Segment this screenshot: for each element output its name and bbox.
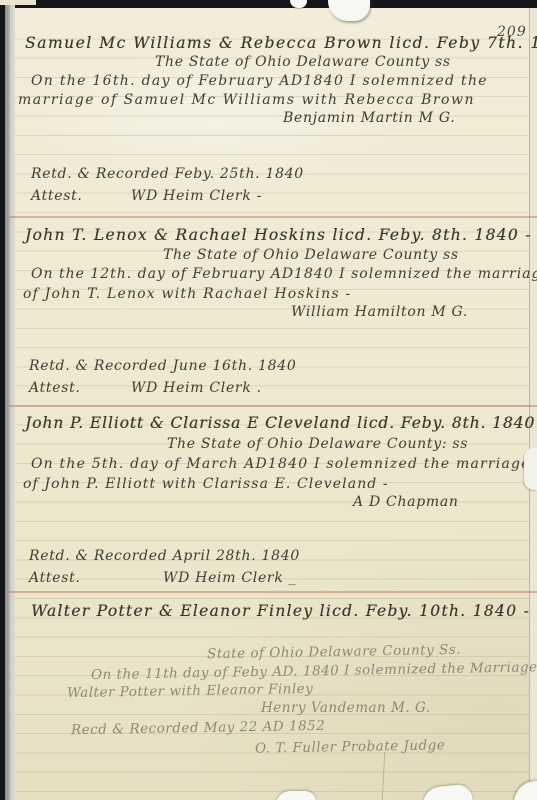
state-county-line: State of Ohio Delaware County Ss. bbox=[207, 642, 461, 662]
marriage-line-2: marriage of Samuel Mc Williams with Rebe… bbox=[18, 92, 475, 108]
entry-heading: John T. Lenox & Rachael Hoskins licd. Fe… bbox=[25, 226, 532, 244]
marriage-line-2: of John T. Lenox with Rachael Hoskins - bbox=[23, 286, 351, 302]
clerk-signature: WD Heim Clerk _ bbox=[163, 570, 296, 586]
entry-heading: Samuel Mc Williams & Rebecca Brown licd.… bbox=[25, 34, 537, 52]
marriage-line-1: On the 5th. day of March AD1840 I solemn… bbox=[31, 456, 531, 472]
clerk-signature: WD Heim Clerk . bbox=[131, 380, 262, 396]
marriage-line-1: On the 12th. day of February AD1840 I so… bbox=[31, 266, 537, 282]
red-rule-divider bbox=[9, 405, 537, 407]
marriage-line-1: On the 16th. day of February AD1840 I so… bbox=[31, 73, 488, 89]
attest-label: Attest. bbox=[31, 188, 83, 204]
page-edge-right bbox=[529, 8, 537, 800]
recorded-line: Retd. & Recorded April 28th. 1840 bbox=[29, 548, 300, 564]
red-rule-divider bbox=[9, 591, 537, 593]
page-edge-top-left bbox=[0, 0, 36, 5]
torn-chip-top-small bbox=[290, 0, 307, 8]
ledger-page: 209 Samuel Mc Williams & Rebecca Brown l… bbox=[15, 8, 537, 800]
marriage-line-1: On the 11th day of Feby AD. 1840 I solem… bbox=[91, 659, 537, 683]
red-rule-divider bbox=[9, 216, 537, 218]
state-county-line: The State of Ohio Delaware County ss bbox=[163, 247, 459, 263]
paper-scrap-bottom-left bbox=[276, 791, 316, 800]
recorded-line: Recd & Recorded May 22 AD 1852 bbox=[71, 718, 326, 738]
recorded-line: Retd. & Recorded Feby. 25th. 1840 bbox=[31, 166, 304, 182]
attest-label: Attest. bbox=[29, 380, 81, 396]
torn-chip-right bbox=[524, 448, 537, 490]
paper-crack bbox=[382, 752, 386, 800]
marriage-line-2: of John P. Elliott with Clarissa E. Clev… bbox=[23, 476, 389, 492]
recorded-line: Retd. & Recorded June 16th. 1840 bbox=[29, 358, 296, 374]
marriage-line-2: Walter Potter with Eleanor Finley bbox=[67, 681, 314, 701]
state-county-line: The State of Ohio Delaware County: ss bbox=[167, 436, 468, 452]
entry-heading: John P. Elliott & Clarissa E Cleveland l… bbox=[25, 414, 537, 432]
state-county-line: The State of Ohio Delaware County ss bbox=[155, 54, 451, 70]
attest-label: Attest. bbox=[29, 570, 81, 586]
entry-heading: Walter Potter & Eleanor Finley licd. Feb… bbox=[31, 602, 530, 620]
officiant-signature: Benjamin Martin M G. bbox=[283, 110, 455, 126]
officiant-signature: William Hamilton M G. bbox=[291, 304, 468, 320]
officiant-signature: Henry Vandeman M. G. bbox=[261, 700, 431, 716]
officiant-signature: A D Chapman bbox=[353, 494, 459, 510]
judge-signature: O. T. Fuller Probate Judge bbox=[255, 737, 446, 756]
clerk-signature: WD Heim Clerk - bbox=[131, 188, 262, 204]
document-photo: 209 Samuel Mc Williams & Rebecca Brown l… bbox=[0, 0, 537, 800]
